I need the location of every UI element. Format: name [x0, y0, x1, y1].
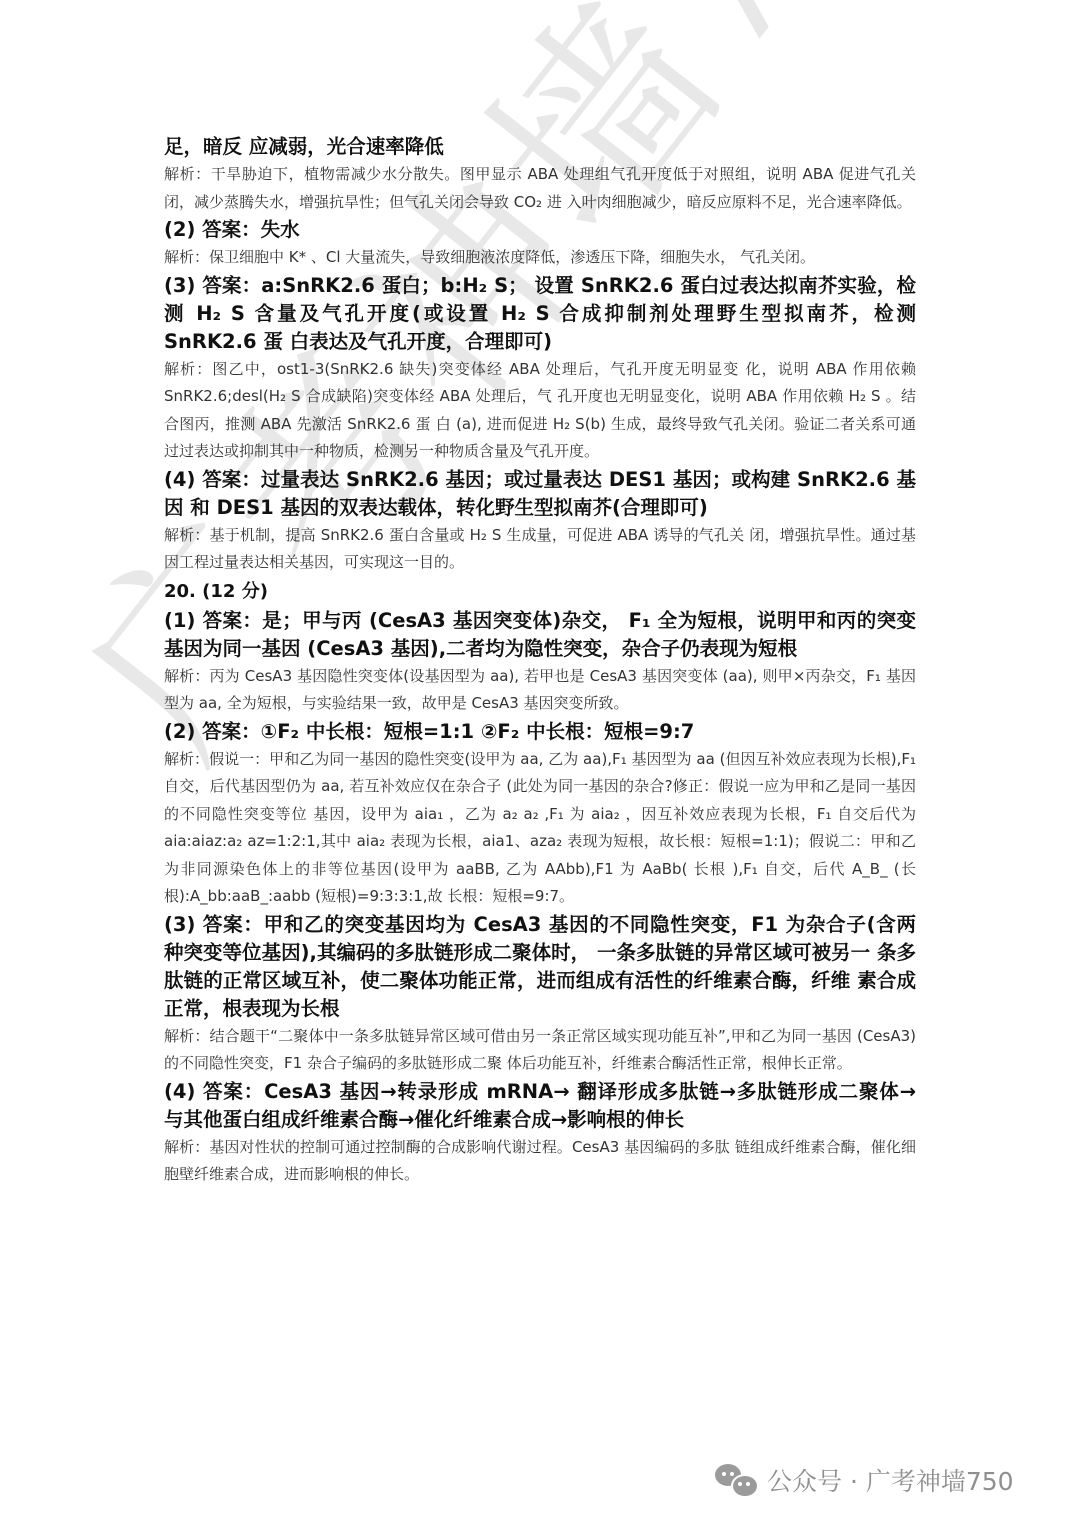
analysis-19-1: 解析：干旱胁迫下，植物需减少水分散失。图甲显示 ABA 处理组气孔开度低于对照组… [164, 161, 916, 216]
analysis-20-3: 解析：结合题干“二聚体中一条多肽链异常区域可借由另一条正常区域实现功能互补”,甲… [164, 1023, 916, 1078]
wechat-icon [715, 1462, 759, 1498]
analysis-19-4: 解析：基于机制，提高 SnRK2.6 蛋白含量或 H₂ S 生成量，可促进 AB… [164, 522, 916, 577]
answer-20-4: (4) 答案：CesA3 基因→转录形成 mRNA→ 翻译形成多肽链→多肽链形成… [164, 1078, 916, 1134]
answer-19-1-tail: 足，暗反 应减弱，光合速率降低 [164, 133, 916, 161]
analysis-19-2: 解析：保卫细胞中 K* 、Cl 大量流失，导致细胞液浓度降低，渗透压下降，细胞失… [164, 244, 916, 272]
answer-20-2: (2) 答案：①F₂ 中长根：短根=1:1 ②F₂ 中长根：短根=9:7 [164, 718, 916, 746]
answer-19-2: (2) 答案：失水 [164, 216, 916, 244]
answer-20-1: (1) 答案：是；甲与丙 (CesA3 基因突变体)杂交， F₁ 全为短根，说明… [164, 607, 916, 663]
wechat-account-footer: 公众号 · 广考神墙750 [715, 1462, 1014, 1498]
answer-document: 足，暗反 应减弱，光合速率降低 解析：干旱胁迫下，植物需减少水分散失。图甲显示 … [164, 133, 916, 1189]
analysis-20-4: 解析：基因对性状的控制可通过控制酶的合成影响代谢过程。CesA3 基因编码的多肽… [164, 1134, 916, 1189]
question-20-heading: 20. (12 分) [164, 577, 916, 607]
answer-20-3: (3) 答案：甲和乙的突变基因均为 CesA3 基因的不同隐性突变，F1 为杂合… [164, 911, 916, 1023]
answer-19-4: (4) 答案：过量表达 SnRK2.6 基因；或过量表达 DES1 基因；或构建… [164, 466, 916, 522]
answer-19-3: (3) 答案：a:SnRK2.6 蛋白；b:H₂ S； 设置 SnRK2.6 蛋… [164, 272, 916, 356]
analysis-20-1: 解析：丙为 CesA3 基因隐性突变体(设基因型为 aa), 若甲也是 CesA… [164, 663, 916, 718]
account-label: 公众号 · 广考神墙750 [767, 1462, 1014, 1498]
analysis-19-3: 解析：图乙中，ost1-3(SnRK2.6 缺失)突变体经 ABA 处理后，气孔… [164, 356, 916, 466]
analysis-20-2: 解析：假说一：甲和乙为同一基因的隐性突变(设甲为 aa, 乙为 aa),F₁ 基… [164, 746, 916, 911]
